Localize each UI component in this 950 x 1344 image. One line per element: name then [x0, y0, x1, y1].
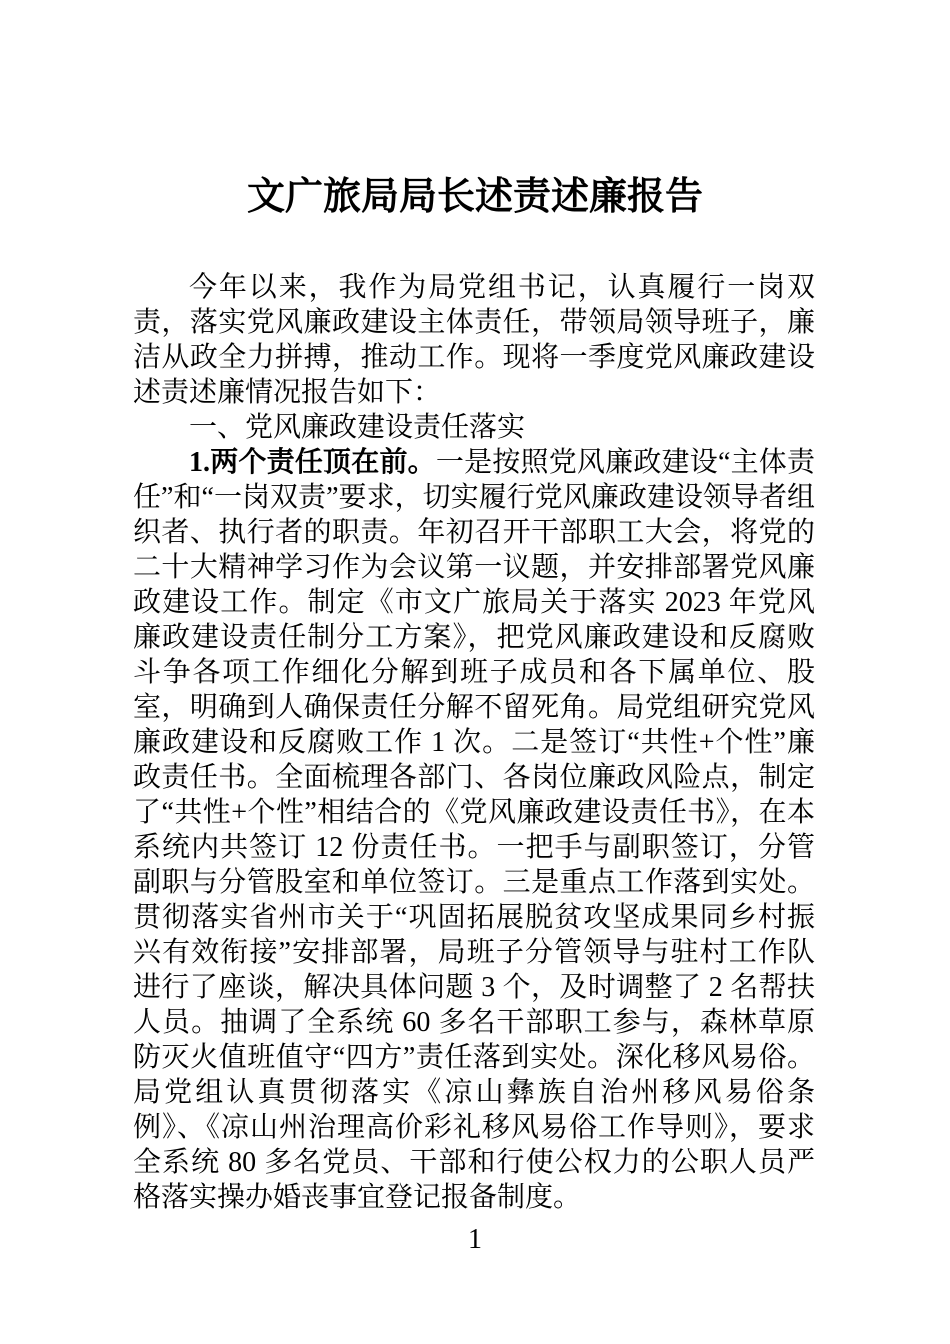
document-page: 文广旅局局长述责述廉报告 今年以来，我作为局党组书记，认真履行一岗双责，落实党风… — [0, 0, 950, 1344]
intro-paragraph: 今年以来，我作为局党组书记，认真履行一岗双责，落实党风廉政建设主体责任，带领局领… — [133, 270, 815, 410]
document-body: 今年以来，我作为局党组书记，认真履行一岗双责，落实党风廉政建设主体责任，带领局领… — [133, 270, 815, 1215]
section-heading-1: 一、党风廉政建设责任落实 — [133, 410, 815, 445]
text-run: 一、党风廉政建设责任落实 — [189, 412, 525, 443]
page-number: 1 — [0, 1222, 950, 1257]
section-1-paragraph-1: 1.两个责任顶在前。一是按照党风廉政建设“主体责任”和“一岗双责”要求，切实履行… — [133, 445, 815, 1215]
text-run: 今年以来，我作为局党组书记，认真履行一岗双责，落实党风廉政建设主体责任，带领局领… — [133, 272, 815, 408]
bold-text-run: 1.两个责任顶在前。 — [189, 447, 436, 478]
document-title: 文广旅局局长述责述廉报告 — [0, 0, 950, 224]
text-run: 一是按照党风廉政建设“主体责任”和“一岗双责”要求，切实履行党风廉政建设领导者组… — [133, 447, 815, 1213]
